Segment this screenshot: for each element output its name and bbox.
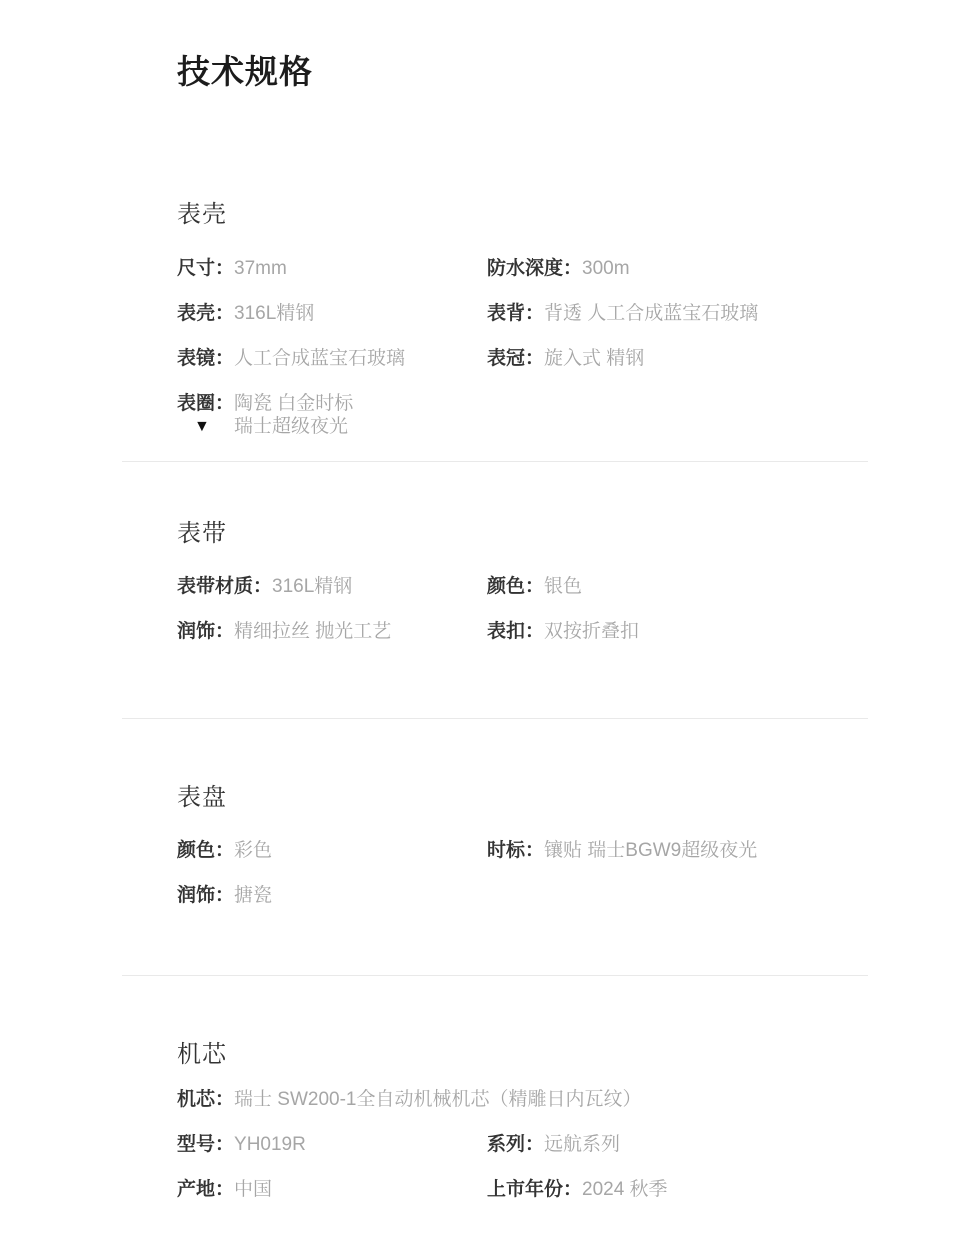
spec-value-line2-text: 瑞士超级夜光 xyxy=(234,416,348,437)
spec-rows: 颜色： 彩色 时标： 镶贴 瑞士BGW9超级夜光 润饰： 搪瓷 xyxy=(177,840,868,906)
section-title: 机芯 xyxy=(177,1040,868,1070)
spec-rows: 尺寸： 37mm 防水深度： 300m 表壳： 316L精钢 表背： 背透 人工… xyxy=(177,258,868,437)
spec-row: 产地： 中国 上市年份： 2024 秋季 xyxy=(177,1179,868,1200)
spec-value: 银色 xyxy=(544,576,582,597)
spec-label: 表带材质： xyxy=(177,576,272,597)
spec-value: 背透 人工合成蓝宝石玻璃 xyxy=(544,303,758,324)
spec-item-strap-material: 表带材质： 316L精钢 xyxy=(177,576,487,597)
spec-label: 表镜： xyxy=(177,348,234,369)
spec-label: 尺寸： xyxy=(177,258,234,279)
section-strap: 表带 表带材质： 316L精钢 颜色： 银色 润饰： 精细拉丝 抛光工艺 表扣： xyxy=(122,519,868,642)
section-divider xyxy=(122,461,868,462)
spec-value: 37mm xyxy=(234,258,287,279)
spec-value: 316L精钢 xyxy=(234,303,314,324)
spec-value: 陶瓷 白金时标 ▼ 瑞士超级夜光 xyxy=(234,393,353,437)
section-title: 表带 xyxy=(177,519,868,549)
spec-value: 2024 秋季 xyxy=(582,1179,668,1200)
spec-rows: 机芯： 瑞士 SW200-1全自动机械机芯（精雕日内瓦纹） 型号： YH019R… xyxy=(177,1089,868,1200)
spec-label: 时标： xyxy=(487,840,544,861)
spec-item-model: 型号： YH019R xyxy=(177,1134,487,1155)
spec-rows: 表带材质： 316L精钢 颜色： 银色 润饰： 精细拉丝 抛光工艺 表扣： 双按… xyxy=(177,576,868,642)
page-title: 技术规格 xyxy=(177,52,868,92)
spec-value: 镶贴 瑞士BGW9超级夜光 xyxy=(544,840,757,861)
spec-value-line1: 陶瓷 白金时标 xyxy=(234,393,353,414)
spec-value: YH019R xyxy=(234,1134,306,1155)
spec-label: 润饰： xyxy=(177,885,234,906)
spec-value: 彩色 xyxy=(234,840,272,861)
spec-item-series: 系列： 远航系列 xyxy=(487,1134,868,1155)
spec-item-water-resistance: 防水深度： 300m xyxy=(487,258,868,279)
spec-item-release-year: 上市年份： 2024 秋季 xyxy=(487,1179,868,1200)
section-dial: 表盘 颜色： 彩色 时标： 镶贴 瑞士BGW9超级夜光 润饰： 搪瓷 xyxy=(122,783,868,906)
spec-label: 表壳： xyxy=(177,303,234,324)
spec-value-line2: ▼ 瑞士超级夜光 xyxy=(234,416,353,437)
spec-value: 瑞士 SW200-1全自动机械机芯（精雕日内瓦纹） xyxy=(234,1089,641,1110)
section-title: 表盘 xyxy=(177,783,868,813)
spec-value: 双按折叠扣 xyxy=(544,621,639,642)
spec-value: 300m xyxy=(582,258,630,279)
spec-value: 远航系列 xyxy=(544,1134,620,1155)
spec-label: 颜色： xyxy=(487,576,544,597)
spec-label: 表扣： xyxy=(487,621,544,642)
spec-label: 系列： xyxy=(487,1134,544,1155)
spec-item-strap-color: 颜色： 银色 xyxy=(487,576,868,597)
spec-item-origin: 产地： 中国 xyxy=(177,1179,487,1200)
spec-row: 润饰： 搪瓷 xyxy=(177,885,868,906)
spec-item-movement: 机芯： 瑞士 SW200-1全自动机械机芯（精雕日内瓦纹） xyxy=(177,1089,868,1110)
spec-value: 精细拉丝 抛光工艺 xyxy=(234,621,391,642)
spec-value: 旋入式 精钢 xyxy=(544,348,644,369)
spec-label: 型号： xyxy=(177,1134,234,1155)
spec-value: 中国 xyxy=(234,1179,272,1200)
spec-item-dial-finish: 润饰： 搪瓷 xyxy=(177,885,487,906)
spec-item-dial-color: 颜色： 彩色 xyxy=(177,840,487,861)
spec-row: 表圈： 陶瓷 白金时标 ▼ 瑞士超级夜光 xyxy=(177,393,868,437)
spec-row: 型号： YH019R 系列： 远航系列 xyxy=(177,1134,868,1155)
spec-item-size: 尺寸： 37mm xyxy=(177,258,487,279)
spec-label: 表背： xyxy=(487,303,544,324)
spec-label: 颜色： xyxy=(177,840,234,861)
spec-item-crystal: 表镜： 人工合成蓝宝石玻璃 xyxy=(177,348,487,369)
section-title: 表壳 xyxy=(177,200,868,230)
spec-label: 防水深度： xyxy=(487,258,582,279)
triangle-down-icon: ▼ xyxy=(194,417,210,436)
spec-row: 表壳： 316L精钢 表背： 背透 人工合成蓝宝石玻璃 xyxy=(177,303,868,324)
spec-label: 表冠： xyxy=(487,348,544,369)
spec-label: 产地： xyxy=(177,1179,234,1200)
spec-label: 机芯： xyxy=(177,1089,234,1110)
spec-label: 表圈： xyxy=(177,393,234,414)
section-case: 表壳 尺寸： 37mm 防水深度： 300m 表壳： 316L精钢 表背： xyxy=(122,200,868,437)
spec-label: 润饰： xyxy=(177,621,234,642)
spec-item-caseback: 表背： 背透 人工合成蓝宝石玻璃 xyxy=(487,303,868,324)
spec-row: 尺寸： 37mm 防水深度： 300m xyxy=(177,258,868,279)
spec-item-hour-markers: 时标： 镶贴 瑞士BGW9超级夜光 xyxy=(487,840,868,861)
spec-row: 颜色： 彩色 时标： 镶贴 瑞士BGW9超级夜光 xyxy=(177,840,868,861)
spec-row: 润饰： 精细拉丝 抛光工艺 表扣： 双按折叠扣 xyxy=(177,621,868,642)
spec-item-clasp: 表扣： 双按折叠扣 xyxy=(487,621,868,642)
spec-value: 人工合成蓝宝石玻璃 xyxy=(234,348,405,369)
spec-row: 机芯： 瑞士 SW200-1全自动机械机芯（精雕日内瓦纹） xyxy=(177,1089,868,1110)
spec-item-strap-finish: 润饰： 精细拉丝 抛光工艺 xyxy=(177,621,487,642)
section-divider xyxy=(122,718,868,719)
section-divider xyxy=(122,975,868,976)
spec-row: 表镜： 人工合成蓝宝石玻璃 表冠： 旋入式 精钢 xyxy=(177,348,868,369)
spec-value: 搪瓷 xyxy=(234,885,272,906)
spec-item-case-material: 表壳： 316L精钢 xyxy=(177,303,487,324)
spec-page: 技术规格 表壳 尺寸： 37mm 防水深度： 300m 表壳： 316L精钢 xyxy=(122,52,868,1200)
section-movement: 机芯 机芯： 瑞士 SW200-1全自动机械机芯（精雕日内瓦纹） 型号： YH0… xyxy=(122,1040,868,1200)
spec-item-bezel: 表圈： 陶瓷 白金时标 ▼ 瑞士超级夜光 xyxy=(177,393,487,437)
spec-value: 316L精钢 xyxy=(272,576,352,597)
spec-item-crown: 表冠： 旋入式 精钢 xyxy=(487,348,868,369)
spec-label: 上市年份： xyxy=(487,1179,582,1200)
spec-row: 表带材质： 316L精钢 颜色： 银色 xyxy=(177,576,868,597)
